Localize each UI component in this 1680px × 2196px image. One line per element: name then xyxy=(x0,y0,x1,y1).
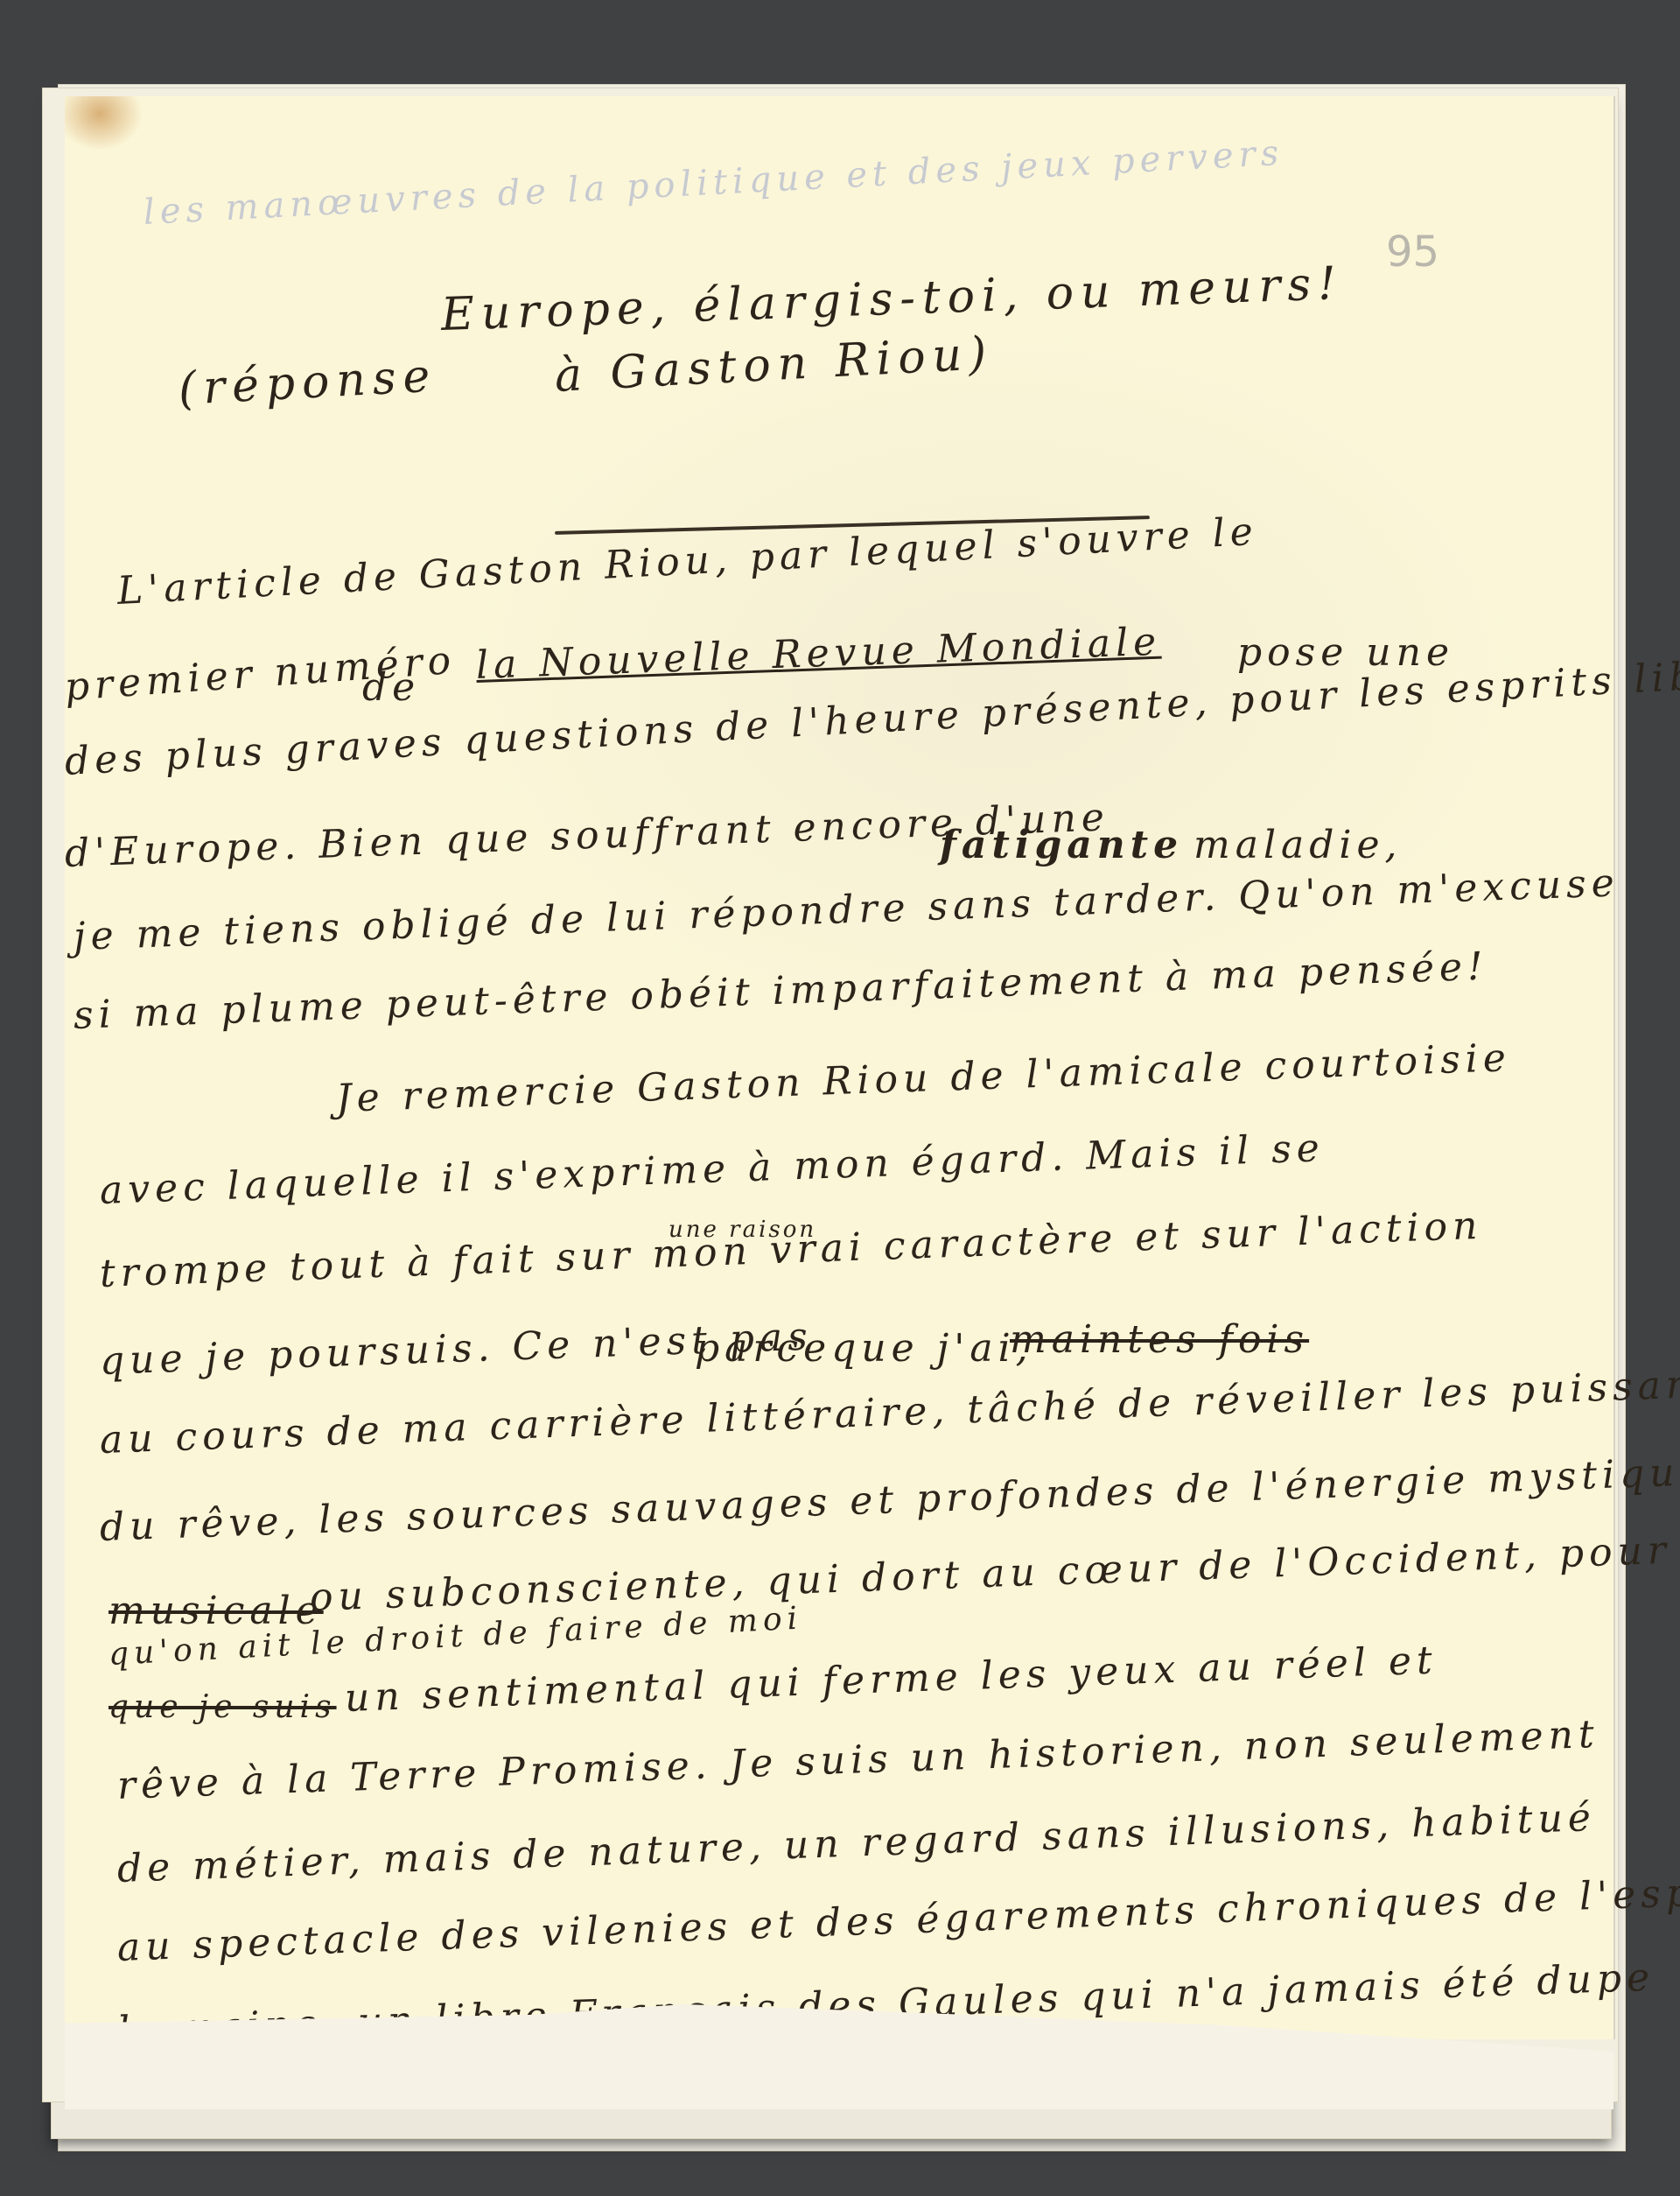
text-line: L'article de Gaston Riou, par lequel s'o… xyxy=(116,509,1259,614)
bleed-through-text: les manœuvres de la politique et des jeu… xyxy=(143,133,1284,233)
corrected-word: fatigante xyxy=(940,823,1183,867)
manuscript-page: les manœuvres de la politique et des jeu… xyxy=(65,96,1615,2039)
struck-text: maintes fois xyxy=(1010,1317,1309,1362)
title-line-2-prefix: (réponse xyxy=(177,350,437,416)
pencil-page-number: 95 xyxy=(1386,228,1439,277)
struck-text: que je suis xyxy=(108,1689,337,1725)
text-line: Je remercie Gaston Riou de l'amicale cou… xyxy=(335,1035,1512,1121)
text-line: avec laquelle il s'exprime à mon égard. … xyxy=(99,1126,1325,1213)
journal-title: la Nouvelle Revue Mondiale xyxy=(475,620,1162,688)
interlinear-insertion: une raison xyxy=(668,1217,816,1243)
text-line: du rêve, les sources sauvages et profond… xyxy=(99,1449,1680,1550)
text-line: je me tiens obligé de lui répondre sans … xyxy=(73,860,1620,959)
text-line: maladie, xyxy=(1193,823,1403,867)
title-line-2-suffix: à Gaston Riou) xyxy=(553,327,994,403)
text-line: de xyxy=(362,665,420,710)
text-line: si ma plume peut-être obéit imparfaiteme… xyxy=(73,944,1488,1038)
text-line: de métier, mais de nature, un regard san… xyxy=(116,1795,1597,1891)
text-line: parceque j'ai, xyxy=(695,1326,1033,1371)
text-line: ou subconsciente, qui dort au cœur de l'… xyxy=(309,1528,1672,1620)
title-line-1: Europe, élargis-toi, ou meurs! xyxy=(440,257,1344,341)
text-line: rêve à la Terre Promise. Je suis un hist… xyxy=(116,1712,1599,1808)
